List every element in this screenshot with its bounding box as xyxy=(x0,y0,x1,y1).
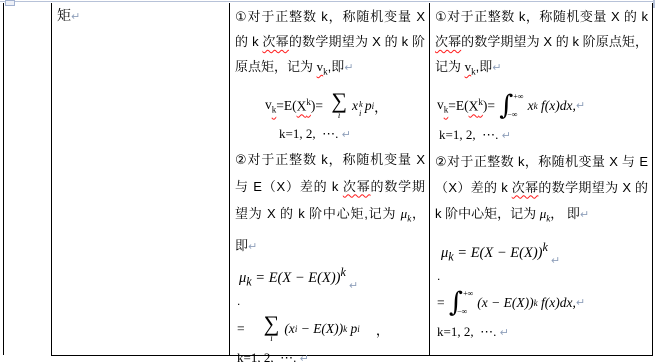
text-segment: v xyxy=(437,97,444,112)
mu-k-notation: μk xyxy=(540,206,551,221)
table-border-col2 xyxy=(229,3,230,355)
k-range-line: k=1, 2, ⋯. ↵ xyxy=(439,127,648,143)
v-k-notation: vk xyxy=(465,59,476,74)
mu-k-notation: μk xyxy=(401,206,412,221)
raw-moment-formula-discrete: vk=E(Xk)= ∑ixkipi， xyxy=(265,89,425,123)
continuous-paragraph-2: ②对于正整数 k，称随机变量 X 与 E（X）差的 k 次幂的数学期望为 X 的… xyxy=(435,149,648,232)
integral-icon: ∫+∞−∞ xyxy=(449,290,473,316)
subscript: i xyxy=(359,109,361,118)
formula-token: E(X − E(X)) xyxy=(269,270,341,286)
summation-index: i xyxy=(338,111,341,120)
x-power-k: Xk xyxy=(469,97,483,115)
table-border-left xyxy=(3,3,4,355)
x-power-k: Xk xyxy=(297,97,311,115)
formula-token: = xyxy=(237,321,245,337)
formula-token: = xyxy=(454,245,471,261)
central-moment-sum-line: =∑i(xi − E(X))k pi， xyxy=(237,311,425,347)
subscript: i xyxy=(357,324,360,334)
paragraph-mark-icon: ↵ xyxy=(580,208,589,221)
superscript: k xyxy=(542,240,547,254)
word-document-table: 矩↵ ①对于正整数 k，称随机变量 X 的 k 次幂的数学期望为 X 的 k 阶… xyxy=(0,0,655,362)
cell-continuous-definition[interactable]: ①对于正整数 k，称随机变量 X 的 k 次幂的数学期望为 X 的 k 阶原点矩… xyxy=(435,4,648,340)
stray-period: . xyxy=(237,296,425,306)
k-range-line: k=1, 2, ⋯. ↵ xyxy=(279,126,425,142)
sigma-summation-icon: ∑i xyxy=(264,314,280,343)
v-k-notation: vk xyxy=(317,59,328,74)
sigma-summation-icon: ∑i xyxy=(331,91,347,120)
formula-token: p xyxy=(347,321,357,337)
integral-icon: ∫+∞−∞ xyxy=(499,93,523,119)
superscript: k xyxy=(340,265,345,279)
formula-token: (x − E(X)) xyxy=(477,295,533,311)
table-border-right xyxy=(652,3,653,355)
misspelled-text: 次幂 xyxy=(512,180,539,195)
misspelled-text: 次幂 xyxy=(343,179,371,194)
paragraph-mark-icon: ↵ xyxy=(342,128,351,141)
sigma-glyph: ∑ xyxy=(331,91,347,111)
formula-token: = xyxy=(252,270,269,286)
table-border-col1 xyxy=(51,3,52,355)
text-segment: k=1, 2, ⋯. xyxy=(437,324,496,339)
formula-token: (x xyxy=(284,321,295,337)
lower-limit: −∞ xyxy=(507,111,517,119)
text-segment: X xyxy=(469,98,479,113)
formula-token: p xyxy=(365,98,372,114)
paragraph-mark-icon: ↵ xyxy=(492,61,501,74)
central-moment-integral-line: = ∫+∞−∞(x − E(X))k f(x)dx, ↵ xyxy=(437,286,648,320)
integral-limits: +∞−∞ xyxy=(513,93,523,119)
formula-token: ， xyxy=(374,96,388,116)
text-segment: ,即 xyxy=(476,59,493,74)
formula-token: ， xyxy=(376,319,390,339)
formula-token: f(x)dx, xyxy=(538,295,576,311)
misspelled-text: 次幂 xyxy=(435,34,461,49)
discrete-paragraph-1: ①对于正整数 k，称随机变量 X 的 k 次幂的数学期望为 X 的 k 阶原点矩… xyxy=(235,4,425,85)
discrete-paragraph-2: ②对于正整数 k，称随机变量 X 与 E（X）差的 k 次幂的数学期望为 X 的… xyxy=(235,146,425,261)
summation-index: i xyxy=(270,334,273,343)
text-segment: k=1, 2, ⋯. xyxy=(279,126,338,141)
upper-limit: +∞ xyxy=(463,290,473,298)
text-segment: X xyxy=(297,98,307,113)
formula-token: vk xyxy=(437,97,448,115)
sup-sub-stack: ki xyxy=(359,100,363,117)
sigma-glyph: ∑ xyxy=(264,314,280,334)
central-moment-formula-continuous: μk = E(X − E(X))k↵ xyxy=(441,240,648,265)
formula-token: )= xyxy=(311,98,326,114)
text-segment: ,即 xyxy=(328,59,345,74)
continuous-paragraph-1: ①对于正整数 k，称随机变量 X 的 k 次幂的数学期望为 X 的 k 阶原点矩… xyxy=(435,4,648,85)
paragraph-mark-icon: ↵ xyxy=(500,326,509,339)
formula-token: = xyxy=(437,295,448,311)
formula-token: x xyxy=(352,98,358,114)
table-border-col3 xyxy=(429,3,430,355)
paragraph-mark-icon: ↵ xyxy=(248,240,257,253)
cell-row-label[interactable]: 矩↵ xyxy=(57,4,225,28)
cell-stub-top-left xyxy=(5,0,15,6)
gridline-top xyxy=(0,1,655,2)
paragraph-mark-icon: ↵ xyxy=(344,61,353,74)
text-segment: k=1, 2, ⋯. xyxy=(439,127,498,142)
formula-token: vk xyxy=(265,97,276,115)
row-label-text: 矩 xyxy=(57,7,71,23)
formula-token: )= xyxy=(483,98,498,114)
paragraph-mark-icon: ↵ xyxy=(576,296,585,309)
paragraph-mark-icon: ↵ xyxy=(551,254,560,267)
misspelled-text: 次幂 xyxy=(262,34,288,49)
central-moment-formula-discrete: μk = E(X − E(X))k↵ xyxy=(239,265,425,290)
formula-token: =E( xyxy=(448,98,468,114)
text-segment: ①对于正整数 k，称随机变量 X 的 k xyxy=(435,9,648,24)
lower-limit: −∞ xyxy=(457,308,467,316)
cell-discrete-definition[interactable]: ①对于正整数 k，称随机变量 X 的 k 次幂的数学期望为 X 的 k 阶原点矩… xyxy=(235,4,425,362)
text-segment: k=1, 2, ⋯. xyxy=(237,350,296,362)
raw-moment-formula-continuous: vk=E(Xk)= ∫+∞−∞xk f(x)dx, ↵ xyxy=(437,89,648,123)
k-range-line: k=1, 2, ⋯. ↵ xyxy=(237,350,425,362)
text-segment: v xyxy=(265,97,272,112)
paragraph-mark-icon: ↵ xyxy=(71,10,80,23)
stray-period: . xyxy=(437,271,648,281)
paragraph-mark-icon: ↵ xyxy=(300,352,309,362)
formula-token: − E(X)) xyxy=(297,321,343,337)
text-segment: ， 即 xyxy=(550,206,580,221)
formula-token: E(X − E(X)) xyxy=(471,245,543,261)
paragraph-mark-icon: ↵ xyxy=(349,279,358,292)
upper-limit: +∞ xyxy=(513,93,523,101)
paragraph-mark-icon: ↵ xyxy=(576,99,585,112)
formula-token: f(x)dx, xyxy=(538,98,576,114)
formula-token: =E( xyxy=(276,98,296,114)
k-range-line: k=1, 2, ⋯. ↵ xyxy=(437,324,648,340)
paragraph-mark-icon: ↵ xyxy=(502,129,511,142)
integral-limits: +∞−∞ xyxy=(463,290,473,316)
